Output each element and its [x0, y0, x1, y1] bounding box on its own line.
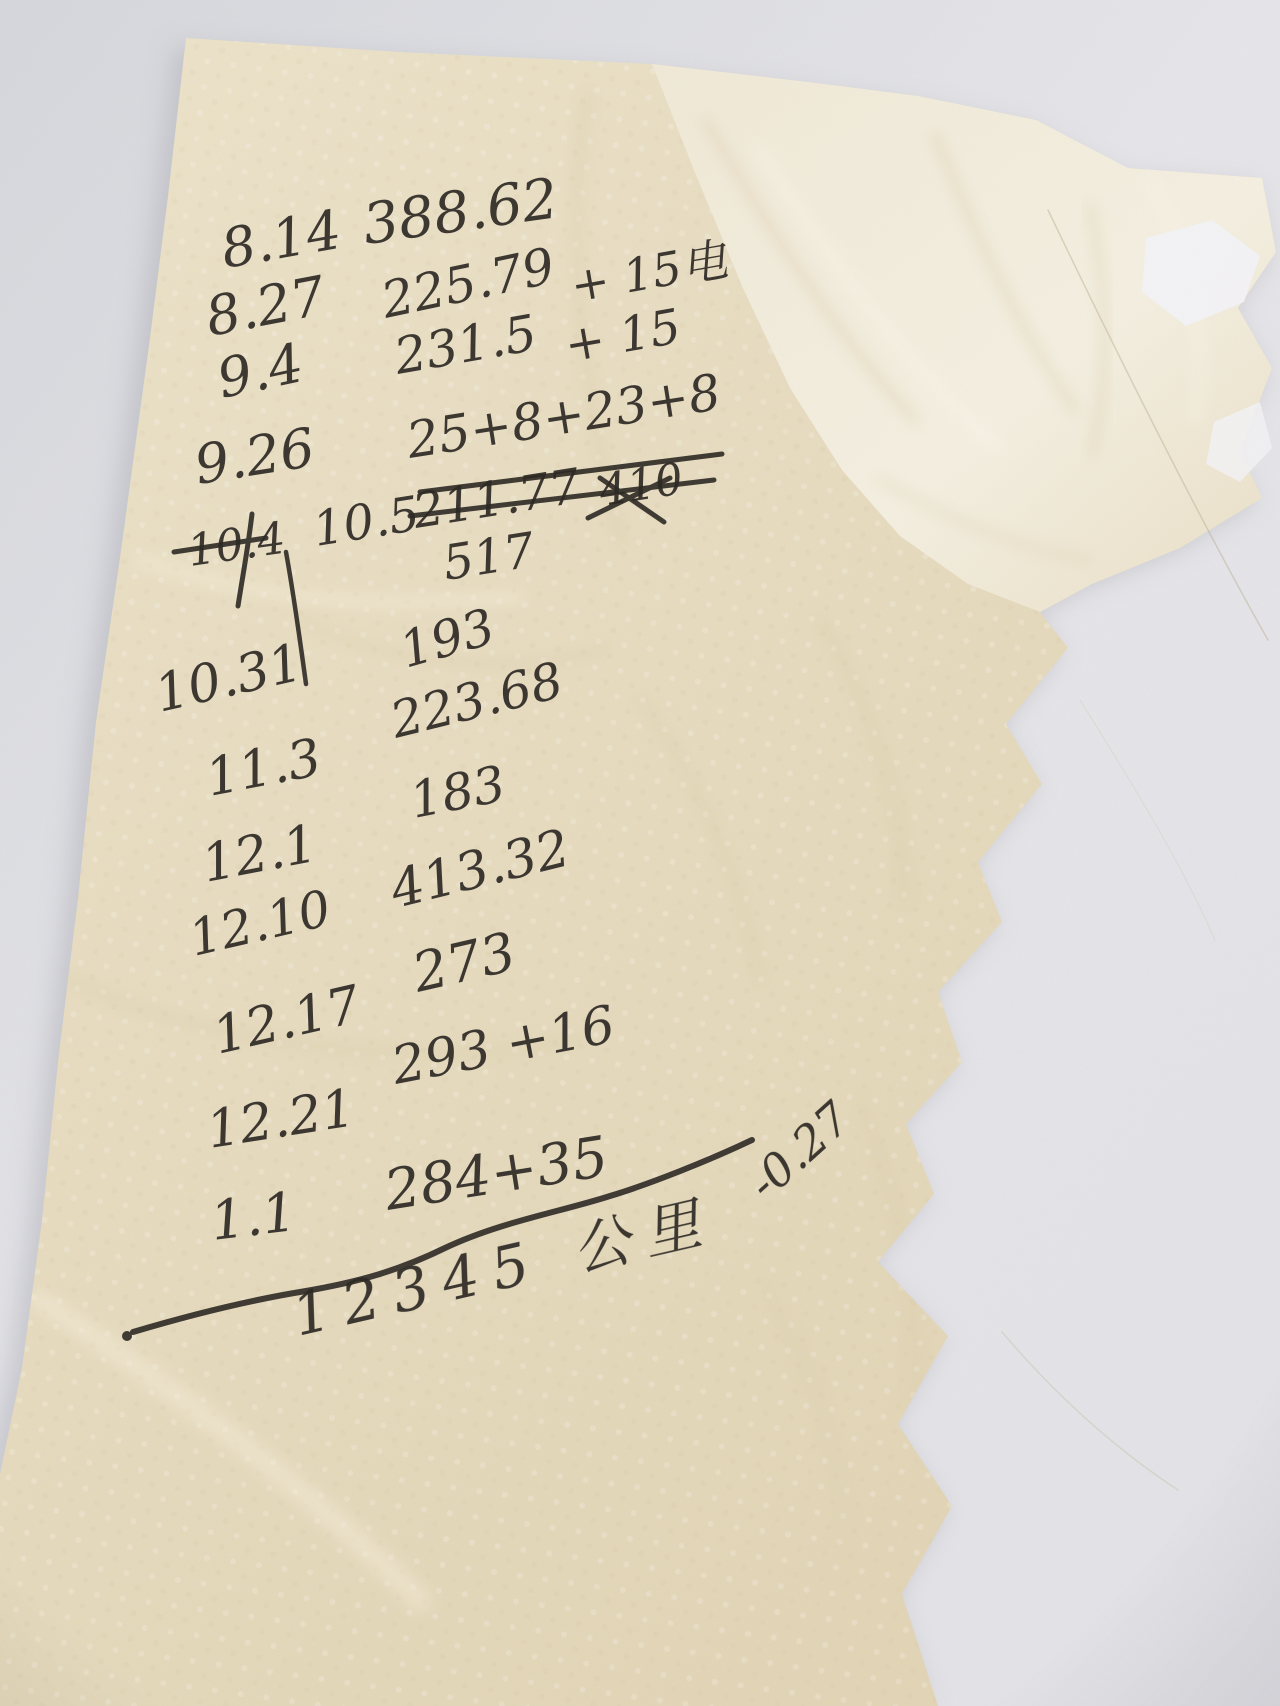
photo-of-handwritten-note: 8.14 388.62 8.27 225.79 + 15电 9.4 231.5 …: [0, 0, 1280, 1706]
photo-vignette: [0, 0, 1280, 1706]
